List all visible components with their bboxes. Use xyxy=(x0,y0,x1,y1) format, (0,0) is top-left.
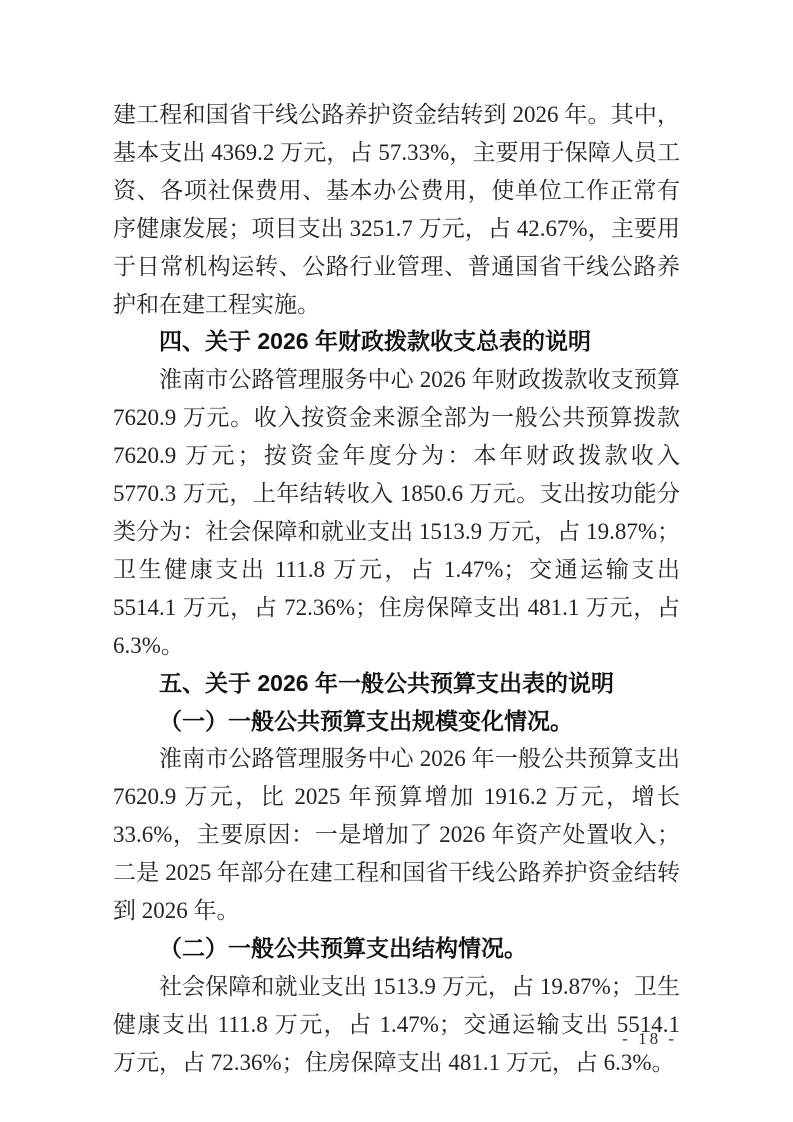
subsection-heading-5-2: （二）一般公共预算支出结构情况。 xyxy=(113,930,680,968)
subsection-heading-5-1: （一）一般公共预算支出规模变化情况。 xyxy=(113,703,680,741)
paragraph-section-5-2: 社会保障和就业支出 1513.9 万元，占 19.87%；卫生健康支出 111.… xyxy=(113,968,680,1082)
section-heading-4: 四、关于 2026 年财政拨款收支总表的说明 xyxy=(113,323,680,361)
page-footer: - 18 - xyxy=(622,1028,677,1050)
paragraph-carryover: 建工程和国省干线公路养护资金结转到 2026 年。其中，基本支出 4369.2 … xyxy=(113,96,680,323)
document-body: 建工程和国省干线公路养护资金结转到 2026 年。其中，基本支出 4369.2 … xyxy=(113,96,680,1082)
document-page: 建工程和国省干线公路养护资金结转到 2026 年。其中，基本支出 4369.2 … xyxy=(0,0,793,1122)
page-number: - 18 - xyxy=(622,1029,677,1048)
paragraph-section-5-1: 淮南市公路管理服务中心 2026 年一般公共预算支出 7620.9 万元，比 2… xyxy=(113,740,680,930)
section-heading-5: 五、关于 2026 年一般公共预算支出表的说明 xyxy=(113,665,680,703)
paragraph-section-4: 淮南市公路管理服务中心 2026 年财政拨款收支预算 7620.9 万元。收入按… xyxy=(113,361,680,664)
